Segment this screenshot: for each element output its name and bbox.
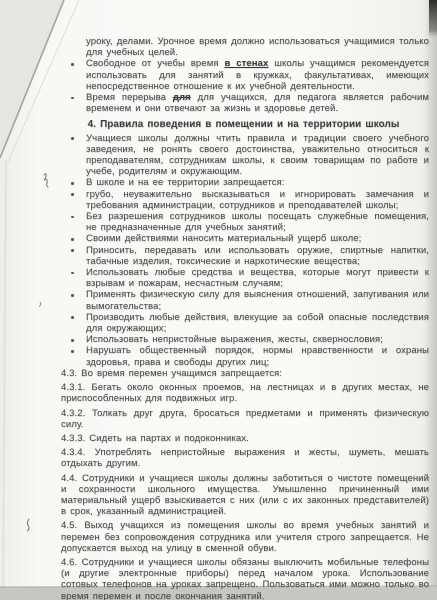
scanned-page: уроку, делами. Урочное время должно испо…	[0, 0, 437, 600]
pen-mark	[40, 302, 41, 307]
rule-paragraph: 4.3.2. Толкать друг друга, бросаться пре…	[61, 408, 429, 430]
page-corner-edge	[0, 0, 64, 158]
bullet-item: Применять физическую силу для выяснения …	[58, 289, 429, 311]
struck-word: для	[173, 92, 191, 103]
rule-paragraph: 4.3. Во время перемен учащимся запрещает…	[61, 368, 429, 379]
bullet-item: В школе и на ее территории запрещается:	[58, 177, 429, 188]
section-heading: 4. Правила поведения в помещении и на те…	[58, 119, 429, 130]
top-bullet-list: Свободное от учебы время в стенах школы …	[58, 58, 429, 114]
rule-paragraph: 4.5. Выход учащихся из помещения школы в…	[61, 520, 429, 554]
continuation-paragraph: уроку, делами. Урочное время должно испо…	[86, 36, 429, 58]
pen-mark	[27, 519, 29, 531]
bullet-item: Использовать любые средства и вещества, …	[58, 267, 429, 289]
bullet-item: Без разрешения сотрудников школы посещат…	[58, 211, 429, 233]
page-left-edge	[3, 160, 6, 600]
bullet-item: Производить любые действия, влекущие за …	[58, 312, 429, 334]
bullet-text: Время перерыва	[86, 92, 173, 103]
bullet-text: Свободное от учебы время	[86, 58, 224, 69]
bullet-item: Приносить, передавать или использовать о…	[58, 245, 429, 267]
rule-paragraph: 4.6. Сотрудники и учащиеся школы обязаны…	[61, 557, 429, 600]
bullet-item: Время перерыва для для учащихся, для пед…	[58, 92, 429, 114]
pen-mark	[44, 174, 48, 187]
corrected-words: в стенах	[224, 58, 268, 69]
rule-paragraph: 4.3.4. Употреблять непристойные выражени…	[61, 447, 429, 469]
bullet-item: Использовать непристойные выражения, жес…	[58, 334, 429, 345]
bullet-item: грубо, неуважительно высказываться и игн…	[58, 189, 429, 211]
rules-bullet-list: Учащиеся школы должны чтить правила и тр…	[58, 133, 429, 368]
bullet-item: Свободное от учебы время в стенах школы …	[58, 58, 429, 92]
page-corner-fold	[0, 0, 64, 158]
bullet-item: Своими действиями наносить материальный …	[58, 233, 429, 244]
rule-paragraph: 4.4. Сотрудники и учащиеся школы должны …	[61, 473, 429, 518]
bullet-item: Нарушать общественный порядок, нормы нра…	[58, 345, 429, 367]
rule-paragraph: 4.3.1. Бегать около оконных проемов, на …	[61, 382, 429, 404]
bullet-item: Учащиеся школы должны чтить правила и тр…	[58, 133, 429, 178]
top-right-dark-strip	[429, 0, 437, 38]
rule-paragraph: 4.3.3. Сидеть на партах и подоконниках.	[61, 433, 429, 444]
document-body: уроку, делами. Урочное время должно испо…	[58, 36, 429, 600]
